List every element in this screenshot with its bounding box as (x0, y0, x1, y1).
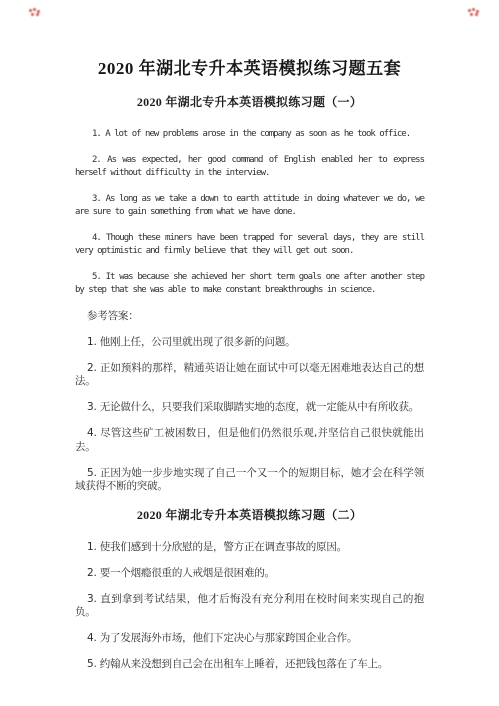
document-page: 2020 年湖北专升本英语模拟练习题五套 2020 年湖北专升本英语模拟练习题（… (0, 0, 499, 706)
chinese-exercise-item: 2. 要一个烟瘾很重的人戒烟是很困难的。 (75, 567, 424, 581)
answer-item: 5. 正因为她一步步地实现了自己一个又一个的短期目标，她才会在科学领域获得不断的… (75, 467, 424, 494)
red-corner-mark-left (29, 9, 32, 12)
answer-item: 2. 正如预料的那样，精通英语让她在面试中可以毫无困难地表达自己的想法。 (75, 362, 424, 389)
red-corner-mark-right (468, 9, 471, 12)
chinese-exercise-item: 5. 约翰从来没想到自己会在出租车上睡着，还把钱包落在了车上。 (75, 658, 424, 672)
english-exercise-item: 5. It was because she achieved her short… (75, 271, 424, 298)
chinese-exercise-item: 3. 直到拿到考试结果，他才后悔没有充分利用在校时间来实现自己的抱负。 (75, 593, 424, 620)
chinese-exercise-item: 4. 为了发展海外市场，他们下定决心与那家跨国企业合作。 (75, 632, 424, 646)
english-exercise-item: 4. Though these miners have been trapped… (75, 232, 424, 259)
english-exercise-item: 1. A lot of new problems arose in the co… (75, 128, 424, 142)
section-two-title: 2020 年湖北专升本英语模拟练习题（二） (75, 508, 424, 523)
answers-label: 参考答案： (75, 310, 424, 324)
page-title: 2020 年湖北专升本英语模拟练习题五套 (75, 58, 424, 80)
section-one-title: 2020 年湖北专升本英语模拟练习题（一） (75, 95, 424, 110)
answer-item: 1. 他刚上任，公司里就出现了很多新的问题。 (75, 336, 424, 350)
answer-item: 4. 尽管这些矿工被困数日，但是他们仍然很乐观,并坚信自己很快就能出去。 (75, 427, 424, 454)
english-exercise-item: 2. As was expected, her good command of … (75, 154, 424, 181)
english-exercise-item: 3. As long as we take a down to earth at… (75, 193, 424, 220)
chinese-exercise-item: 1. 使我们感到十分欣慰的是，警方正在调查事故的原因。 (75, 541, 424, 555)
answer-item: 3. 无论做什么，只要我们采取脚踏实地的态度，就一定能从中有所收获。 (75, 401, 424, 415)
